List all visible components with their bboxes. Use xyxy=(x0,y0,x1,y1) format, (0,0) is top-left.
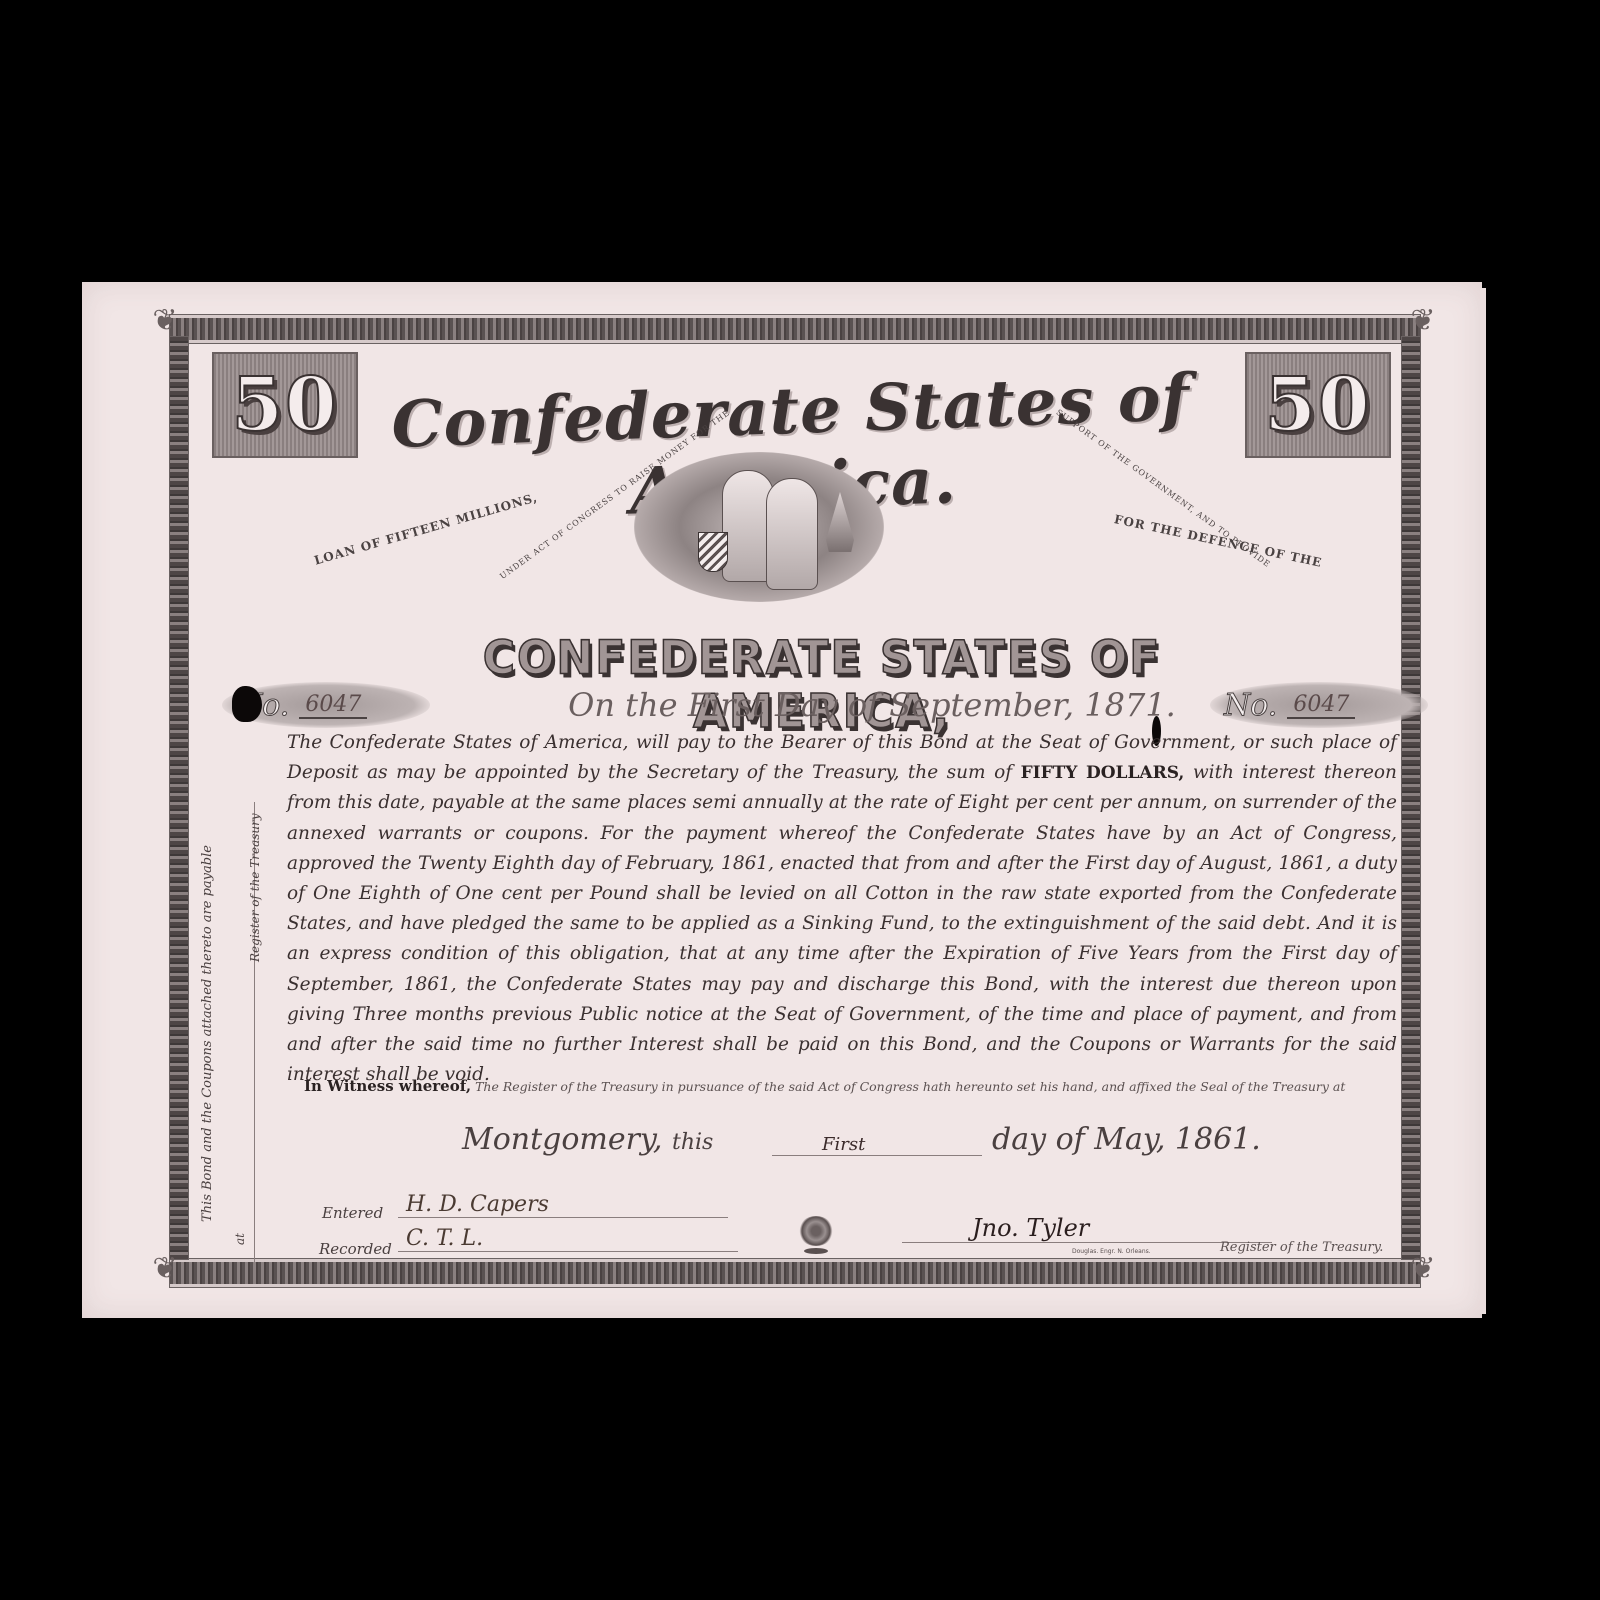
engraver-imprint: Douglas. Engr. N. Orleans. xyxy=(1072,1248,1151,1255)
denomination-value: 50 xyxy=(1265,362,1372,448)
register-signature: Jno. Tyler xyxy=(902,1214,1272,1243)
serial-value: 6047 xyxy=(299,692,367,719)
witness-clause: In Witness whereof, The Register of the … xyxy=(304,1077,1404,1095)
this-word: this xyxy=(672,1130,713,1155)
cotton-plant-icon xyxy=(794,1216,838,1258)
denomination-box-left: 50 xyxy=(212,352,358,458)
recorded-signature: C. T. L. xyxy=(398,1226,738,1252)
tree-crown xyxy=(798,1216,834,1246)
day-field: First xyxy=(772,1134,982,1156)
ornate-border-top xyxy=(170,315,1420,343)
bond-certificate: ❦ ❦ ❦ ❦ 50 50 Confederate States of Amer… xyxy=(82,282,1482,1318)
ornate-border-bottom xyxy=(170,1259,1420,1287)
shield-icon xyxy=(698,532,728,572)
register-label: Register of the Treasury. xyxy=(1220,1240,1383,1255)
serial-number-right: No. 6047 xyxy=(1210,682,1428,728)
ornate-border-left xyxy=(170,337,188,1259)
serial-value: 6047 xyxy=(1287,692,1355,719)
place-line: Montgomery, this xyxy=(462,1122,713,1157)
recorded-label: Recorded xyxy=(319,1240,392,1258)
amount-text: FIFTY DOLLARS, xyxy=(1021,763,1185,783)
bond-body-text: The Confederate States of America, will … xyxy=(287,728,1397,1090)
loan-arc-text-right: FOR THE DEFENCE OF THE xyxy=(1113,512,1324,570)
witness-lead: In Witness whereof, xyxy=(304,1077,471,1095)
ship-icon xyxy=(826,492,854,552)
corner-ornament-icon: ❦ xyxy=(1406,1252,1440,1286)
side-text-coupons: This Bond and the Coupons attached there… xyxy=(200,845,215,1222)
month-year-text: day of May, 1861. xyxy=(992,1122,1261,1157)
figure-icon xyxy=(766,478,818,590)
tree-base xyxy=(804,1248,828,1254)
corner-ornament-icon: ❦ xyxy=(148,304,182,338)
witness-text: The Register of the Treasury in pursuanc… xyxy=(475,1079,1345,1094)
denomination-box-right: 50 xyxy=(1245,352,1391,458)
denomination-value: 50 xyxy=(232,362,339,448)
side-text-at: at xyxy=(233,1233,247,1245)
entered-label: Entered xyxy=(322,1204,383,1222)
maturity-date: On the First Day of September, 1871. xyxy=(512,686,1232,724)
ornate-border-right xyxy=(1402,337,1420,1259)
corner-ornament-icon: ❦ xyxy=(1406,304,1440,338)
corner-ornament-icon: ❦ xyxy=(148,1252,182,1286)
allegorical-vignette-image xyxy=(634,452,884,602)
place-name: Montgomery, xyxy=(462,1122,662,1157)
body-rest: with interest thereon from this date, pa… xyxy=(287,762,1397,1085)
side-text-register: Register of the Treasury xyxy=(248,813,262,962)
entered-signature: H. D. Capers xyxy=(398,1192,728,1218)
ink-blot xyxy=(232,686,262,722)
